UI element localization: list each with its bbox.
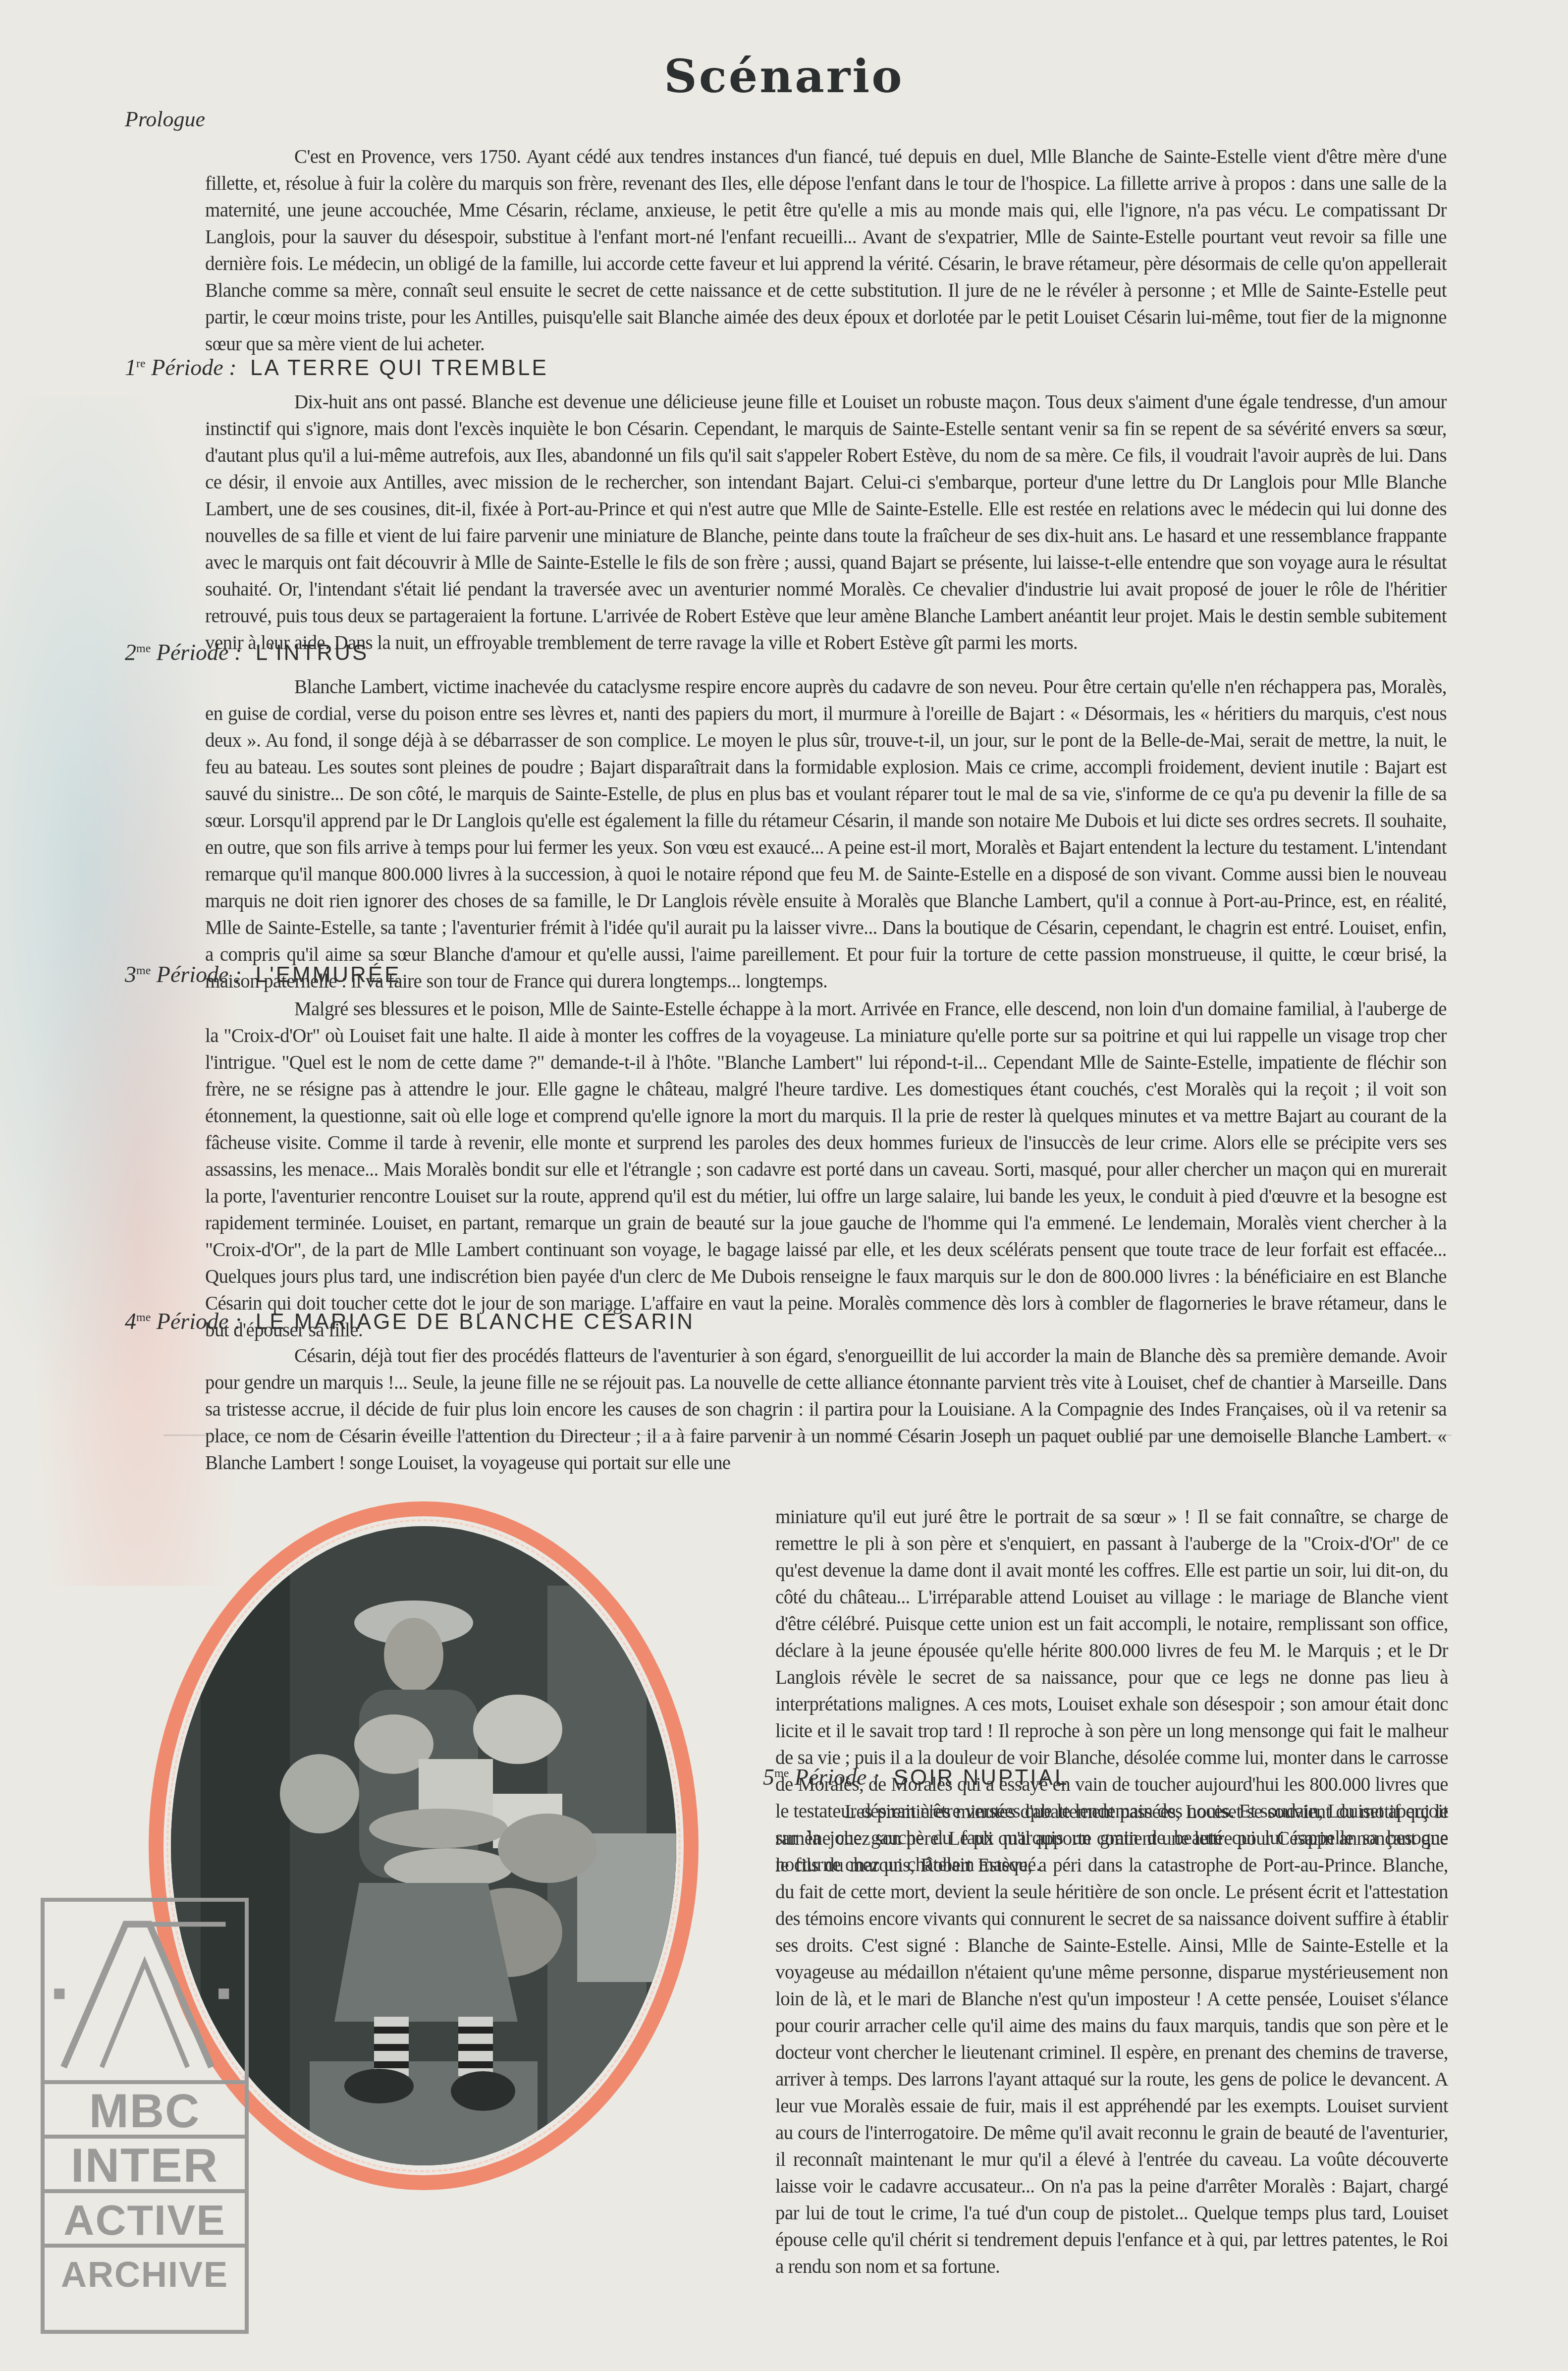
- period-label: Période :: [795, 1764, 880, 1790]
- period-number: 1re: [125, 355, 146, 380]
- page-title: Scénario: [0, 50, 1568, 103]
- archive-monogram-icon: [45, 1902, 245, 2080]
- period-2-heading: 2me Période : L'INTRUS: [125, 639, 369, 665]
- period-title: LE MARIAGE DE BLANCHE CÉSARIN: [256, 1310, 695, 1334]
- period-number: 4me: [125, 1309, 151, 1334]
- period-1-text: Dix-huit ans ont passé. Blanche est deve…: [205, 389, 1447, 657]
- period-4-text-full: Césarin, déjà tout fier des procédés fla…: [205, 1343, 1447, 1477]
- period-label: Période :: [157, 1309, 242, 1334]
- archive-watermark-logo: MBC INTER ACTIVE ARCHIVE: [41, 1898, 249, 2334]
- period-label: Période :: [157, 640, 242, 665]
- period-5-text: Les premières minutes d'abattement passé…: [775, 1799, 1448, 2280]
- period-number: 3me: [125, 962, 151, 987]
- period-number: 2me: [125, 640, 151, 665]
- period-label: Période :: [151, 355, 236, 380]
- period-title: SOIR NUPTIAL: [894, 1765, 1069, 1790]
- period-label: Période :: [157, 962, 242, 987]
- period-title: LA TERRE QUI TREMBLE: [250, 356, 548, 380]
- period-4-heading: 4me Période : LE MARIAGE DE BLANCHE CÉSA…: [125, 1308, 695, 1334]
- period-number: 5me: [763, 1764, 789, 1790]
- period-2-text: Blanche Lambert, victime inachevée du ca…: [205, 674, 1447, 995]
- period-5-heading: 5me Période : SOIR NUPTIAL: [763, 1764, 1069, 1790]
- period-title: L'INTRUS: [256, 641, 369, 665]
- watermark-line-2: INTER: [45, 2135, 245, 2193]
- prologue-label: Prologue: [125, 107, 205, 132]
- period-3-heading: 3me Période : L'EMMURÉE: [125, 961, 401, 988]
- period-1-heading: 1re Période : LA TERRE QUI TREMBLE: [125, 354, 548, 381]
- watermark-line-4: ARCHIVE: [45, 2244, 245, 2302]
- prologue-text: C'est en Provence, vers 1750. Ayant cédé…: [205, 144, 1447, 358]
- watermark-line-1: MBC: [45, 2080, 245, 2139]
- period-title: L'EMMURÉE: [256, 963, 401, 987]
- watermark-line-3: ACTIVE: [45, 2189, 245, 2248]
- period-3-text: Malgré ses blessures et le poison, Mlle …: [205, 996, 1447, 1344]
